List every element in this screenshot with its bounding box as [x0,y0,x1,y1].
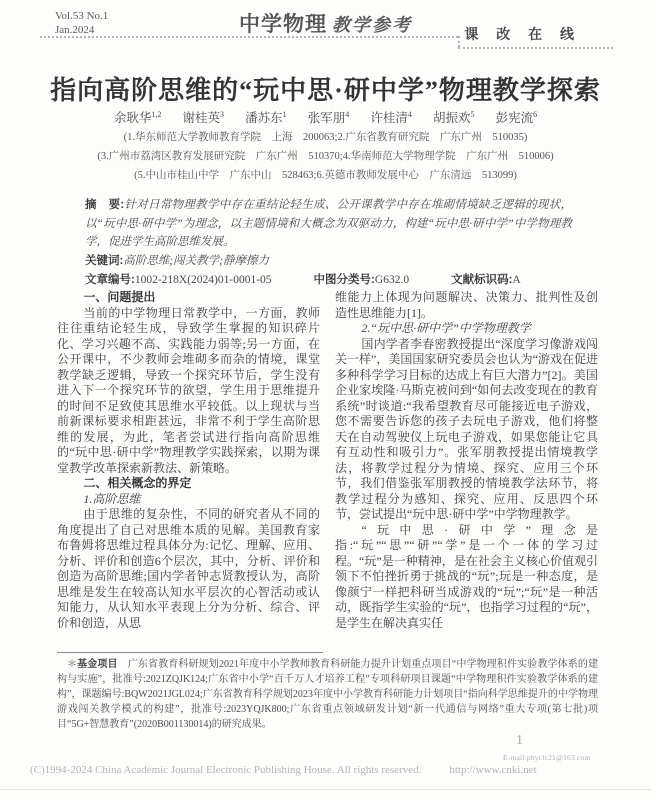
affiliation-line: (5.中山市桂山中学 广东中山 528463;6.英德市教师发展中心 广东清远 … [0,166,651,185]
keywords-label: 关键词: [85,255,123,267]
author: 余耿华1,2 [114,111,162,125]
body-paragraph: “玩中思·研中学”理念是指:“玩”“思”“研”“学”是一个一体的学习过程。“玩”… [335,523,598,632]
abstract-block: 摘 要:针对日常物理教学中存在重结论轻生成、公开课教学中存在堆砌情境缺乏逻辑的现… [85,196,572,290]
copyright-line: (C)1994-2024 China Academic Journal Elec… [30,764,537,776]
footnote-text: 广东省教育科研规划2021年度中小学教师教育科研能力提升计划重点项目“中学物理积… [57,659,598,730]
body-paragraph: 由于思维的复杂性，不同的研究者从不同的角度提出了自己对思维本质的见解。美国教育家… [57,507,320,631]
article-meta-line: 文章编号:1002-218X(2024)01-0001-05 中图分类号:G63… [85,271,572,290]
document-code: 文献标识码:A [451,271,521,290]
fund-footnote: ＊基金项目 广东省教育科研规划2021年度中小学教师教育科研能力提升计划重点项目… [57,657,598,732]
body-columns: 一、问题提出 当前的中学物理日常教学中，一方面，教师往往重结论轻生成，导致学生掌… [57,290,598,652]
author: 谢桂英3 [182,111,224,125]
body-paragraph-continuation: 维能力上体现为问题解决、决策力、批判性及创造性思维能力[1]。 [335,290,598,321]
footnote-separator [57,652,323,653]
author: 胡振欢5 [433,111,475,125]
affiliation-line: (3.广州市荔湾区教育发展研究院 广东广州 510370;4.华南师范大学物理学… [0,147,651,166]
subsection-heading-1: 1.高阶思维 [57,492,320,508]
page-number: 1 [516,733,523,749]
header-dotted-step [458,36,460,47]
cnki-url: http://www.cnki.net [449,764,536,776]
contact-email: E-mail:phyclc21@163.com [503,753,591,762]
journal-logo-main: 中学物理 [239,12,327,36]
copyright-text: (C)1994-2024 China Academic Journal Elec… [30,764,421,776]
abstract-label: 摘 要: [85,199,124,211]
footnote-label: 基金项目 [77,659,118,670]
author-affil-sup: 5 [471,110,475,119]
author: 潘苏东1 [245,111,287,125]
clc-number: 中图分类号:G632.0 [314,271,410,290]
subsection-heading-2: 2.“玩中思·研中学”中学物理教学 [335,321,598,337]
column-badge: 课 改 在 线 [464,24,581,44]
author: 许桂清4 [370,111,412,125]
author-affil-sup: 1,2 [151,110,161,119]
keywords-text: 高阶思维;闯关教学;静摩擦力 [123,255,269,267]
journal-logo-sub: 教学参考 [332,15,412,35]
journal-page: Vol.53 No.1 Jan.2024 中学物理教学参考 课 改 在 线 指向… [0,0,651,799]
footnote-marker: ＊ [67,659,77,670]
affiliation-line: (1.华东师范大学教师教育学院 上海 200063;2.广东省教育研究院 广东广… [0,128,651,147]
left-column: 一、问题提出 当前的中学物理日常教学中，一方面，教师往往重结论轻生成，导致学生掌… [57,290,320,652]
section-heading-1: 一、问题提出 [57,290,320,306]
affiliations: (1.华东师范大学教师教育学院 上海 200063;2.广东省教育研究院 广东广… [0,128,651,185]
author-affil-sup: 4 [345,110,349,119]
badge-dotted-rule [458,47,613,49]
author-affil-sup: 1 [283,110,287,119]
body-paragraph: 当前的中学物理日常教学中，一方面，教师往往重结论轻生成，导致学生掌握的知识碎片化… [57,306,320,477]
right-column: 维能力上体现为问题解决、决策力、批判性及创造性思维能力[1]。 2.“玩中思·研… [335,290,598,652]
article-title: 指向高阶思维的“玩中思·研中学”物理教学探索 [0,70,651,107]
header-dotted-rule [40,36,458,38]
abstract-paragraph: 摘 要:针对日常物理教学中存在重结论轻生成、公开课教学中存在堆砌情境缺乏逻辑的现… [85,196,572,252]
author-affil-sup: 3 [220,110,224,119]
author-line: 余耿华1,2 谢桂英3 潘苏东1 张军朋4 许桂清4 胡振欢5 彭宪流6 [0,108,651,126]
abstract-text: 针对日常物理教学中存在重结论轻生成、公开课教学中存在堆砌情境缺乏逻辑的现状，以“… [85,199,572,248]
body-paragraph: 国内学者李春密教授提出“深度学习像游戏闯关一样”，美国国家研究委员会也认为“游戏… [335,337,598,523]
article-id: 文章编号:1002-218X(2024)01-0001-05 [85,271,272,290]
author: 彭宪流6 [496,111,538,125]
keywords-line: 关键词:高阶思维;闯关教学;静摩擦力 [85,252,572,271]
author-affil-sup: 6 [533,110,537,119]
author: 张军朋4 [308,111,350,125]
section-heading-2: 二、相关概念的界定 [57,476,320,492]
author-affil-sup: 4 [408,110,412,119]
scan-bottom-edge [0,789,651,790]
